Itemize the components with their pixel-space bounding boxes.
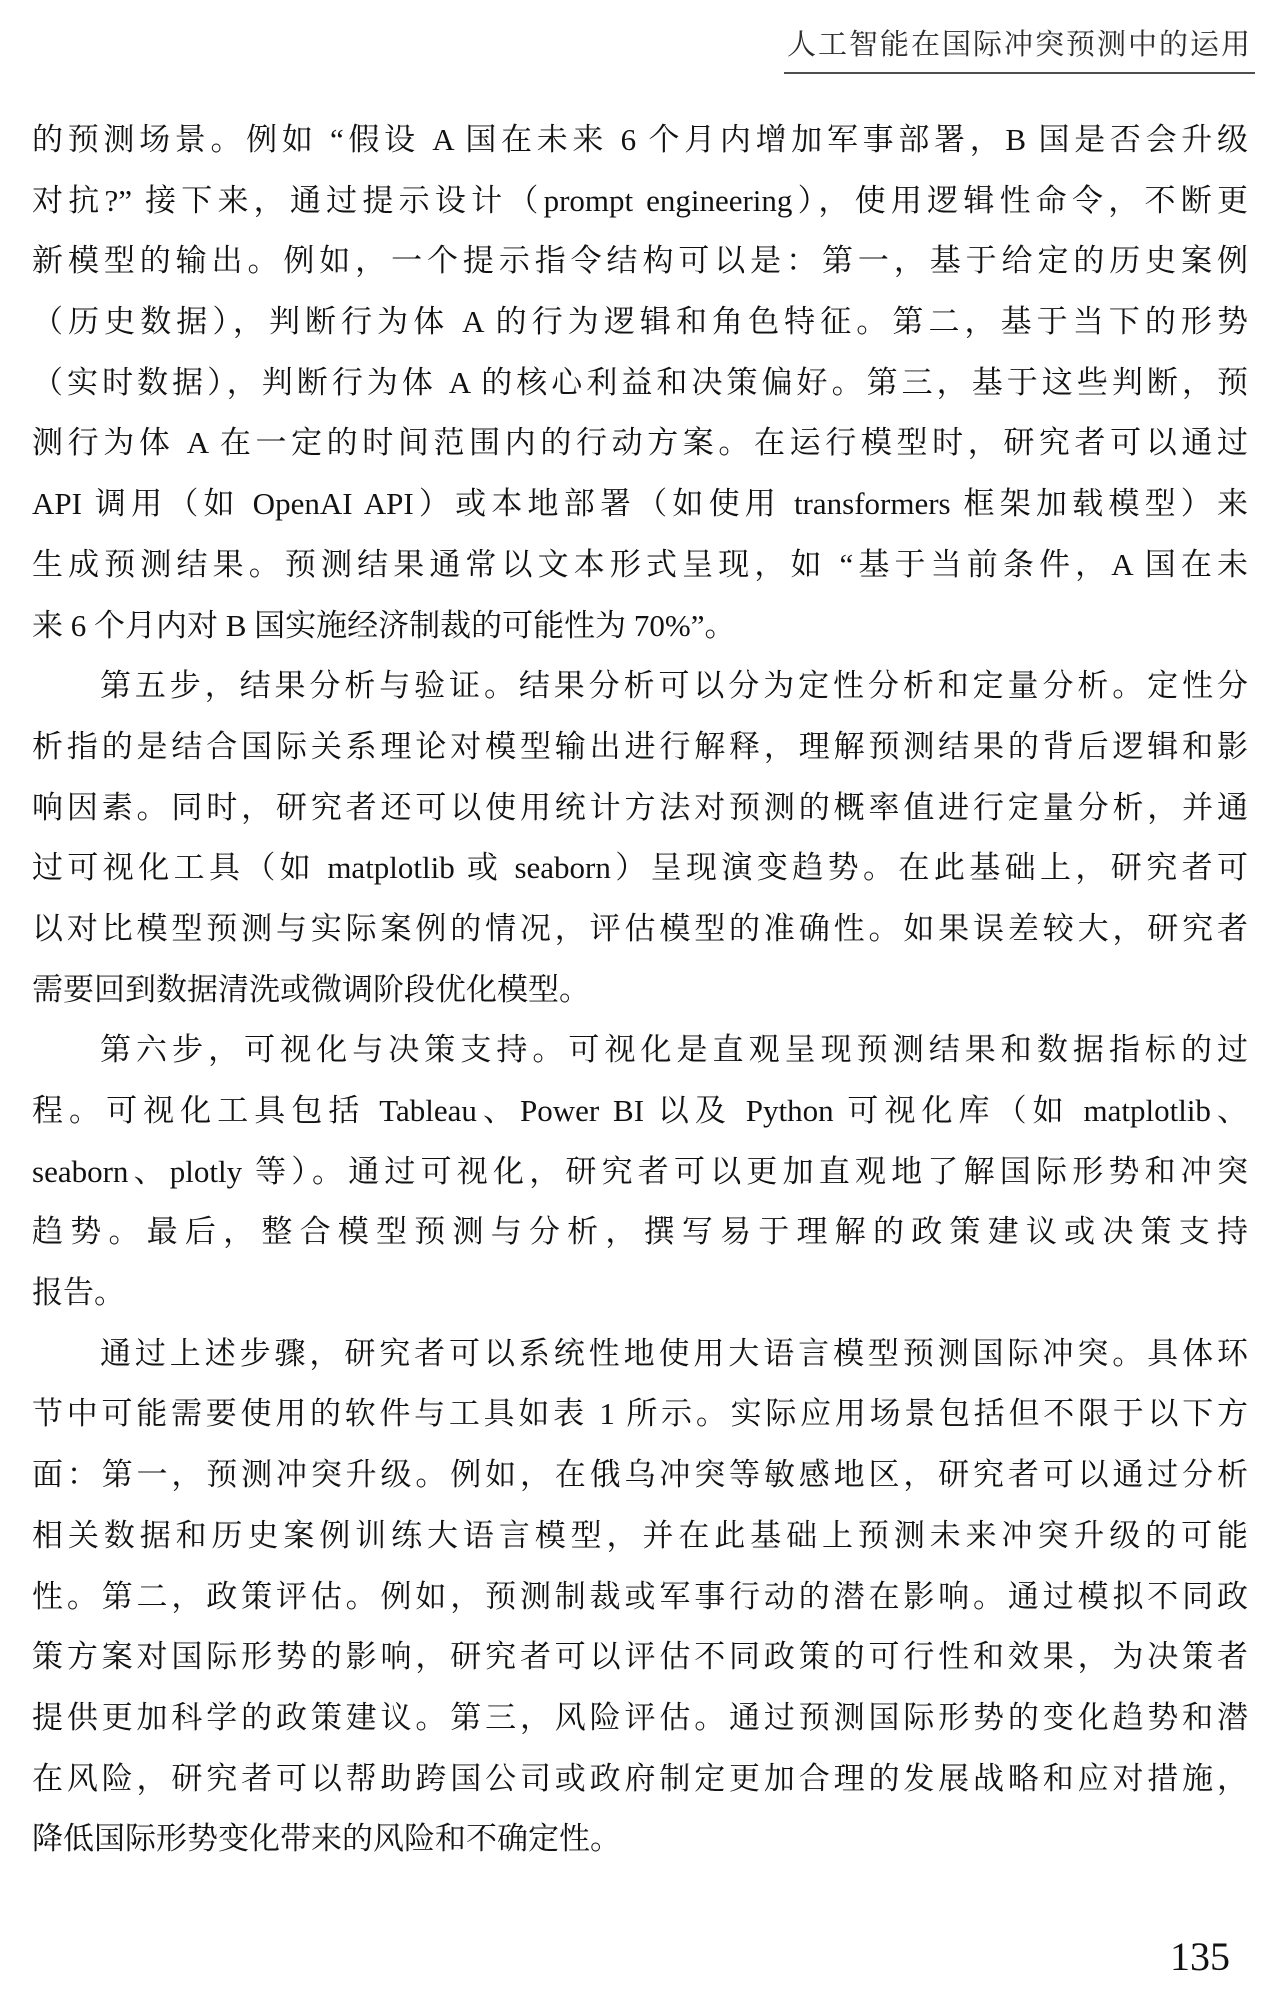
text-line: 过可视化工具（如 matplotlib 或 seaborn）呈现演变趋势。在此基… — [32, 838, 1248, 899]
text-line: 提供更加科学的政策建议。第三，风险评估。通过预测国际形势的变化趋势和潜 — [32, 1688, 1248, 1749]
document-page: 人工智能在国际冲突预测中的运用 的预测场景。例如 “假设 A 国在未来 6 个月… — [0, 0, 1280, 2013]
text-line: （实时数据），判断行为体 A 的核心利益和决策偏好。第三，基于这些判断，预 — [32, 353, 1248, 414]
text-line: 策方案对国际形势的影响，研究者可以评估不同政策的可行性和效果，为决策者 — [32, 1627, 1248, 1688]
text-line: 第六步，可视化与决策支持。可视化是直观呈现预测结果和数据指标的过 — [32, 1020, 1248, 1081]
text-line: （历史数据），判断行为体 A 的行为逻辑和角色特征。第二，基于当下的形势 — [32, 292, 1248, 353]
text-block: 的预测场景。例如 “假设 A 国在未来 6 个月内增加军事部署，B 国是否会升级… — [32, 110, 1248, 1870]
page-number: 135 — [1170, 1937, 1230, 1977]
running-header: 人工智能在国际冲突预测中的运用 — [784, 30, 1255, 74]
text-line: 降低国际形势变化带来的风险和不确定性。 — [32, 1809, 1248, 1870]
text-line: 的预测场景。例如 “假设 A 国在未来 6 个月内增加军事部署，B 国是否会升级 — [32, 110, 1248, 171]
text-line: 报告。 — [32, 1263, 1248, 1324]
text-line: 需要回到数据清洗或微调阶段优化模型。 — [32, 960, 1248, 1021]
text-line: 析指的是结合国际关系理论对模型输出进行解释，理解预测结果的背后逻辑和影 — [32, 717, 1248, 778]
text-line: API 调用（如 OpenAI API）或本地部署（如使用 transforme… — [32, 474, 1248, 535]
text-line: seaborn、plotly 等）。通过可视化，研究者可以更加直观地了解国际形势… — [32, 1142, 1248, 1203]
text-line: 面：第一，预测冲突升级。例如，在俄乌冲突等敏感地区，研究者可以通过分析 — [32, 1445, 1248, 1506]
text-line: 对抗?” 接下来，通过提示设计（prompt engineering），使用逻辑… — [32, 171, 1248, 232]
text-line: 相关数据和历史案例训练大语言模型，并在此基础上预测未来冲突升级的可能 — [32, 1506, 1248, 1567]
text-line: 通过上述步骤，研究者可以系统性地使用大语言模型预测国际冲突。具体环 — [32, 1324, 1248, 1385]
text-line: 第五步，结果分析与验证。结果分析可以分为定性分析和定量分析。定性分 — [32, 656, 1248, 717]
text-line: 节中可能需要使用的软件与工具如表 1 所示。实际应用场景包括但不限于以下方 — [32, 1384, 1248, 1445]
text-line: 趋势。最后，整合模型预测与分析，撰写易于理解的政策建议或决策支持 — [32, 1202, 1248, 1263]
text-line: 来 6 个月内对 B 国实施经济制裁的可能性为 70%”。 — [32, 596, 1248, 657]
text-line: 在风险，研究者可以帮助跨国公司或政府制定更加合理的发展战略和应对措施， — [32, 1749, 1248, 1810]
text-line: 以对比模型预测与实际案例的情况，评估模型的准确性。如果误差较大，研究者 — [32, 899, 1248, 960]
running-header-title: 人工智能在国际冲突预测中的运用 — [784, 30, 1255, 74]
text-line: 新模型的输出。例如，一个提示指令结构可以是：第一，基于给定的历史案例 — [32, 231, 1248, 292]
text-line: 响因素。同时，研究者还可以使用统计方法对预测的概率值进行定量分析，并通 — [32, 778, 1248, 839]
text-line: 测行为体 A 在一定的时间范围内的行动方案。在运行模型时，研究者可以通过 — [32, 413, 1248, 474]
text-line: 生成预测结果。预测结果通常以文本形式呈现，如 “基于当前条件，A 国在未 — [32, 535, 1248, 596]
text-line: 程。可视化工具包括 Tableau、Power BI 以及 Python 可视化… — [32, 1081, 1248, 1142]
text-line: 性。第二，政策评估。例如，预测制裁或军事行动的潜在影响。通过模拟不同政 — [32, 1567, 1248, 1628]
